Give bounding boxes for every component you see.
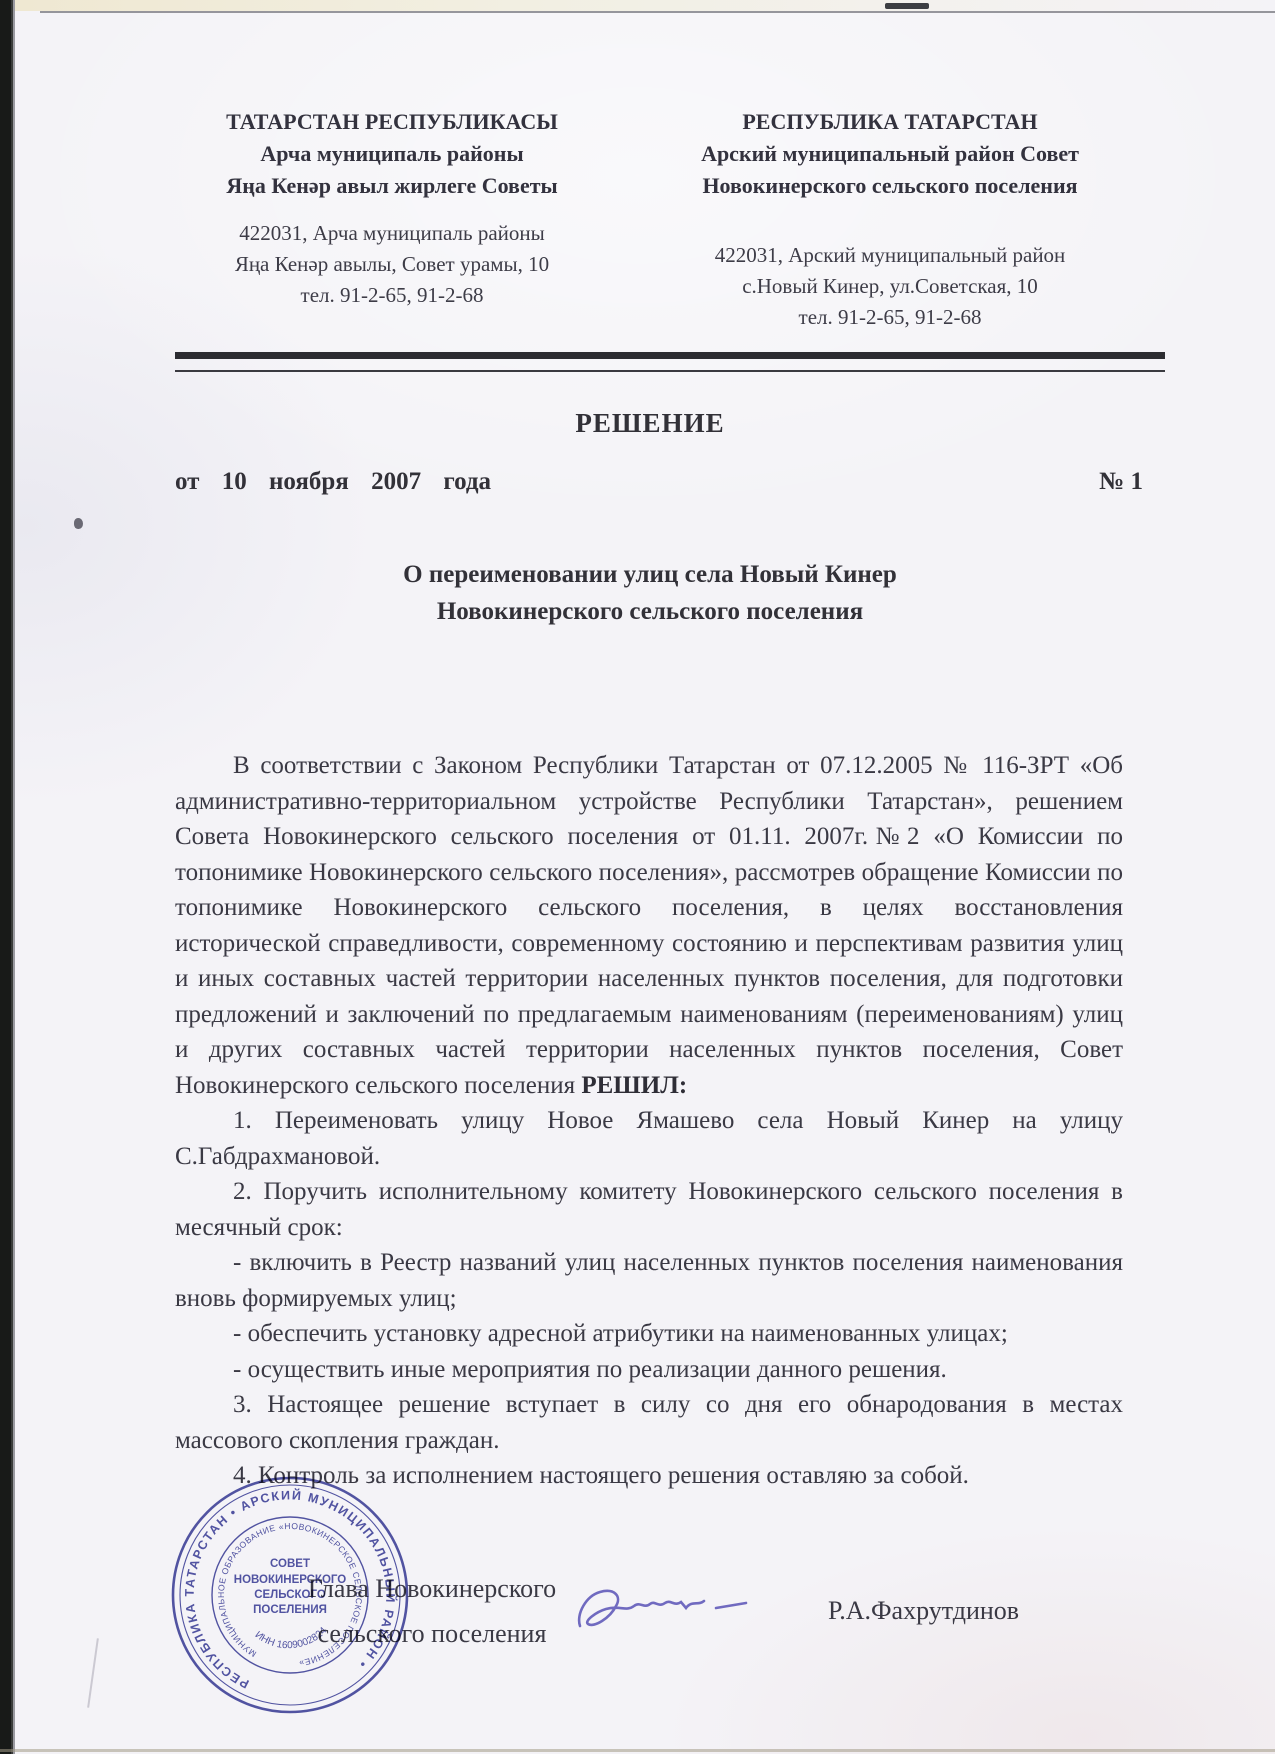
- address-line: тел. 91-2-65, 91-2-68: [172, 280, 612, 311]
- item-paragraph: 1. Переименовать улицу Новое Ямашево сел…: [175, 1103, 1123, 1174]
- scanned-document-page: ТАТАРСТАН РЕСПУБЛИКАСЫ Арча муниципаль р…: [0, 0, 1275, 1754]
- decision-subject: О переименовании улиц села Новый Кинер Н…: [175, 556, 1125, 630]
- letterhead: ТАТАРСТАН РЕСПУБЛИКАСЫ Арча муниципаль р…: [172, 106, 1124, 333]
- address-tatar: 422031, Арча муниципаль районы Яңа Кенәр…: [172, 218, 612, 311]
- scan-top-dash: [885, 3, 929, 9]
- org-line: РЕСПУБЛИКА ТАТАРСТАН: [670, 106, 1110, 138]
- decision-number: № 1: [1099, 468, 1143, 496]
- org-name-russian: РЕСПУБЛИКА ТАТАРСТАН Арский муниципальны…: [670, 106, 1110, 202]
- intro-text: В соответствии с Законом Республики Тата…: [175, 752, 1123, 1099]
- address-line: Яңа Кенәр авылы, Совет урамы, 10: [172, 249, 612, 280]
- reshil-word: РЕШИЛ:: [581, 1072, 687, 1099]
- scan-top-line: [40, 11, 1275, 13]
- date-number-row: от 10 ноября 2007 года № 1: [175, 468, 1143, 496]
- subject-line: Новокинерского сельского поселения: [175, 593, 1125, 630]
- decision-body: В соответствии с Законом Республики Тата…: [175, 748, 1123, 1494]
- scan-bottom-edge: [0, 1749, 1275, 1752]
- signer-name: Р.А.Фахрутдинов: [828, 1596, 1019, 1626]
- stamp-center-line: СЕЛЬСКОГО: [254, 1589, 326, 1601]
- address-line: 422031, Арский муниципальный район: [656, 240, 1124, 271]
- letterhead-divider-rule: [175, 352, 1165, 372]
- document-title: РЕШЕНИЕ: [175, 408, 1125, 439]
- ink-speck: [74, 518, 83, 529]
- org-name-tatar: ТАТАРСТАН РЕСПУБЛИКАСЫ Арча муниципаль р…: [172, 106, 612, 202]
- stamp-inn-text: ИНН 1609002824: [253, 1625, 330, 1651]
- org-line: Арский муниципальный район Совет Новокин…: [670, 138, 1110, 202]
- stamp-center-line: ПОСЕЛЕНИЯ: [253, 1604, 327, 1616]
- decision-date: от 10 ноября 2007 года: [175, 468, 491, 496]
- address-line: тел. 91-2-65, 91-2-68: [656, 302, 1124, 333]
- handwritten-signature: [570, 1578, 780, 1648]
- item-paragraph: - включить в Реестр названий улиц населе…: [175, 1245, 1123, 1316]
- paper-crease: [87, 1638, 99, 1708]
- stamp-center-line: НОВОКИНЕРСКОГО: [234, 1574, 346, 1586]
- org-line: Яңа Кенәр авыл жирлеге Советы: [172, 170, 612, 202]
- subject-line: О переименовании улиц села Новый Кинер: [175, 556, 1125, 593]
- scan-top-strip: [15, 0, 1275, 11]
- official-round-stamp: РЕСПУБЛИКА ТАТАРСТАН • АРСКИЙ МУНИЦИПАЛЬ…: [150, 1455, 430, 1735]
- item-paragraph: 3. Настоящее решение вступает в силу со …: [175, 1387, 1123, 1458]
- org-line: ТАТАРСТАН РЕСПУБЛИКАСЫ: [172, 106, 612, 138]
- address-line: 422031, Арча муниципаль районы: [172, 218, 612, 249]
- item-paragraph: - осуществить иные мероприятия по реализ…: [175, 1352, 1123, 1388]
- item-paragraph: - обеспечить установку адресной атрибути…: [175, 1316, 1123, 1352]
- scan-left-edge: [0, 0, 15, 1754]
- address-line: с.Новый Кинер, ул.Советская, 10: [656, 271, 1124, 302]
- org-line: Арча муниципаль районы: [172, 138, 612, 170]
- intro-paragraph: В соответствии с Законом Республики Тата…: [175, 748, 1123, 1103]
- item-paragraph: 2. Поручить исполнительному комитету Нов…: [175, 1174, 1123, 1245]
- letterhead-russian-column: РЕСПУБЛИКА ТАТАРСТАН Арский муниципальны…: [656, 106, 1124, 333]
- letterhead-tatar-column: ТАТАРСТАН РЕСПУБЛИКАСЫ Арча муниципаль р…: [172, 106, 612, 333]
- stamp-center-line: СОВЕТ: [270, 1558, 310, 1570]
- address-russian: 422031, Арский муниципальный район с.Нов…: [656, 240, 1124, 333]
